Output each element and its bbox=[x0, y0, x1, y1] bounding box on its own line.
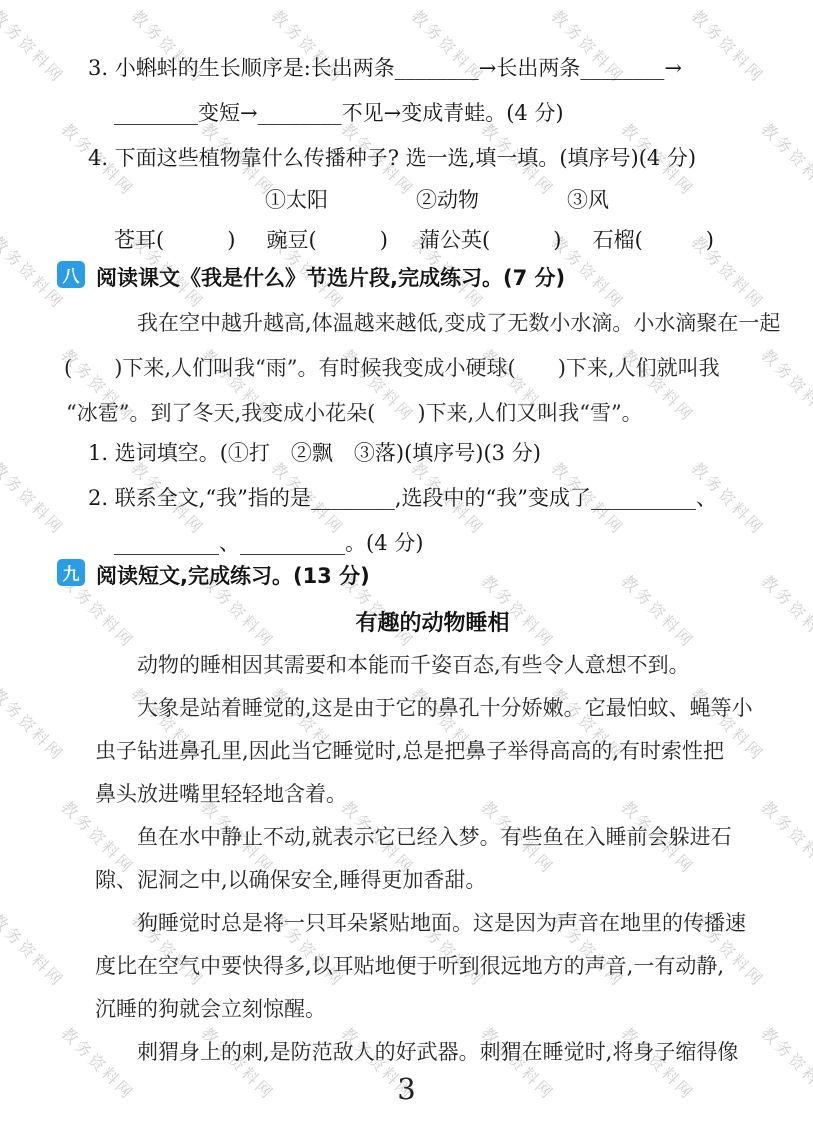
plant-blank-pea: 豌豆( ) bbox=[267, 224, 388, 254]
sub-question-2-line-2: __________、__________。(4 分) bbox=[114, 527, 423, 557]
watermark-text: 教务资料网 bbox=[0, 682, 70, 765]
question-3-line-2: ________变短→________不见→变成青蛙。(4 分) bbox=[114, 97, 564, 127]
essay-line: 动物的睡相因其需要和本能而千姿百态,有些令人意想不到。 bbox=[95, 649, 690, 679]
seed-option-animal: ②动物 bbox=[416, 184, 479, 214]
section-9-badge: 九 bbox=[57, 559, 85, 586]
watermark-text: 教务资料网 bbox=[0, 908, 70, 991]
watermark-text: 教务资料网 bbox=[757, 795, 813, 878]
section-8-badge: 八 bbox=[57, 261, 85, 288]
seed-options-row: ①太阳 ②动物 ③风 bbox=[265, 184, 609, 214]
plant-blank-cangr: 苍耳( ) bbox=[114, 224, 235, 254]
question-3-line-1: 3. 小蝌蚪的生长顺序是:长出两条________→长出两条________→ bbox=[88, 52, 682, 82]
essay-line: 狗睡觉时总是将一只耳朵紧贴地面。这是因为声音在地里的传播速 bbox=[95, 907, 746, 937]
seed-option-wind: ③风 bbox=[567, 184, 609, 214]
sub-question-2-line-1: 2. 联系全文,“我”指的是________,选段中的“我”变成了_______… bbox=[88, 482, 717, 512]
plant-blank-dandelion: 蒲公英( ) bbox=[419, 224, 561, 254]
watermark-text: 教务资料网 bbox=[0, 4, 70, 87]
sub-question-1: 1. 选词填空。(①打 ②飘 ③落)(填序号)(3 分) bbox=[88, 437, 541, 467]
passage-line-2: ( )下来,人们叫我“雨”。有时候我变成小硬球( )下来,人们就叫我 bbox=[64, 352, 720, 382]
question-4-line: 4. 下面这些植物靠什么传播种子? 选一选,填一填。(填序号)(4 分) bbox=[88, 142, 696, 172]
plant-blank-pomegranate: 石榴( ) bbox=[593, 224, 714, 254]
essay-line: 隙、泥洞之中,以确保安全,睡得更加香甜。 bbox=[95, 864, 486, 894]
passage-line-3: “冰雹”。到了冬天,我变成小花朵( )下来,人们又叫我“雪”。 bbox=[66, 397, 643, 427]
essay-line: 鼻头放进嘴里轻轻地含着。 bbox=[95, 778, 347, 808]
essay-line: 大象是站着睡觉的,这是由于它的鼻孔十分娇嫩。它最怕蚊、蝇等小 bbox=[95, 692, 753, 722]
essay-line: 刺猬身上的刺,是防范敌人的好武器。刺猬在睡觉时,将身子缩得像 bbox=[95, 1036, 738, 1066]
essay-line: 虫子钻进鼻孔里,因此当它睡觉时,总是把鼻子举得高高的,有时索性把 bbox=[95, 735, 724, 765]
seed-option-sun: ①太阳 bbox=[265, 184, 328, 214]
page-number: 3 bbox=[0, 1072, 813, 1106]
watermark-text: 教务资料网 bbox=[757, 117, 813, 200]
watermark-text: 教务资料网 bbox=[757, 343, 813, 426]
essay-line: 沉睡的狗就会立刻惊醒。 bbox=[95, 993, 326, 1023]
section-8-title: 阅读课文《我是什么》节选片段,完成练习。(7 分) bbox=[96, 262, 565, 292]
watermark-text: 教务资料网 bbox=[687, 4, 770, 87]
essay-line: 鱼在水中静止不动,就表示它已经入梦。有些鱼在入睡前会躲进石 bbox=[95, 821, 732, 851]
section-9-title: 阅读短文,完成练习。(13 分) bbox=[96, 560, 370, 590]
plants-row: 苍耳( ) 豌豆( ) 蒲公英( ) 石榴( ) bbox=[114, 224, 714, 254]
essay-title: 有趣的动物睡相 bbox=[95, 606, 770, 637]
watermark-text: 教务资料网 bbox=[0, 456, 70, 539]
passage-line-1: 我在空中越升越高,体温越来越低,变成了无数小水滴。小水滴聚在一起 bbox=[95, 307, 780, 337]
worksheet-page: 教务资料网教务资料网教务资料网教务资料网教务资料网教务资料网教务资料网教务资料网… bbox=[0, 0, 813, 1122]
essay-line: 度比在空气中要快得多,以耳贴地便于听到很远地方的声音,一有动静, bbox=[95, 950, 724, 980]
